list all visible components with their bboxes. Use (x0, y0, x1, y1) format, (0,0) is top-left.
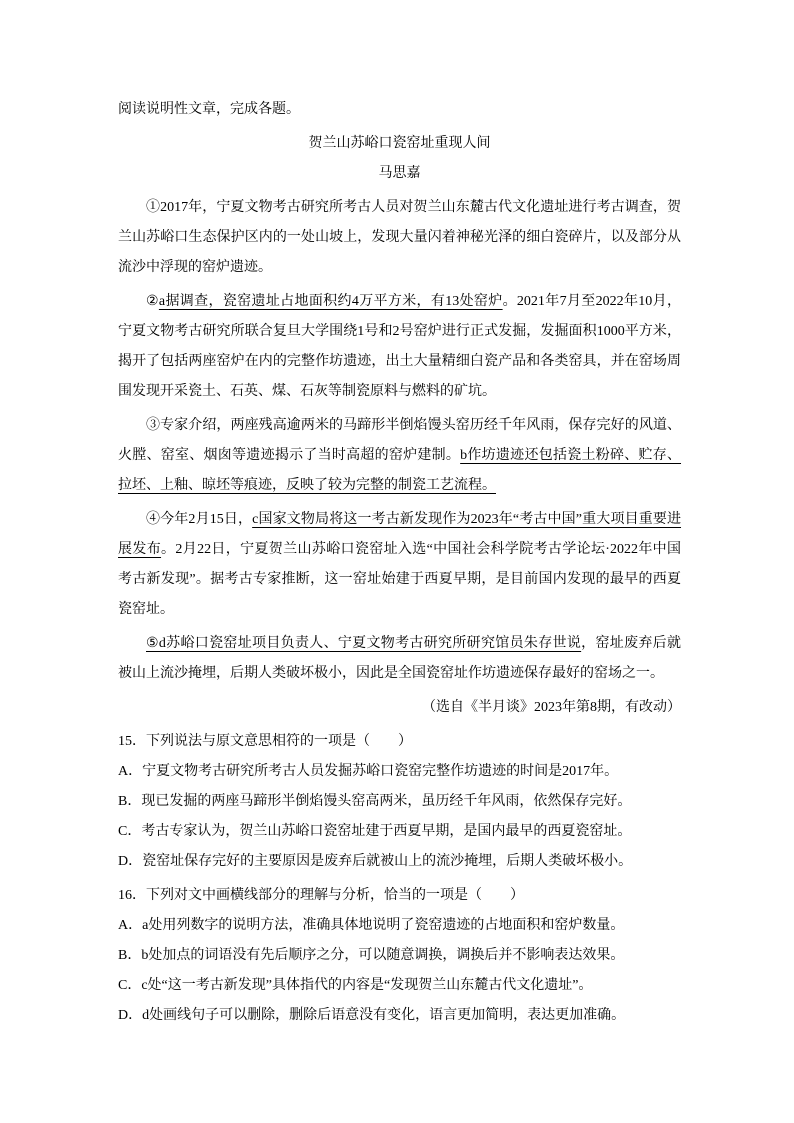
intro-instruction: 阅读说明性文章，完成各题。 (118, 95, 681, 125)
underlined-passage: a据调查，瓷窑遗址占地面积约4万平方米，有13处窑炉 (159, 294, 503, 309)
source-attribution: （选自《半月谈》2023年第8期，有改动） (118, 693, 681, 723)
document-page: 阅读说明性文章，完成各题。 贺兰山苏峪口瓷窑址重现人间 马思嘉 ①2017年，宁… (0, 0, 794, 1123)
paragraph-4: ④今年2月15日，c国家文物局将这一考古新发现作为2023年“考古中国”重大项目… (118, 505, 681, 625)
text-segment: ② (146, 294, 159, 309)
question-16-option-B: B．b处加点的词语没有先后顺序之分，可以随意调换，调换后并不影响表达效果。 (118, 941, 681, 971)
underlined-passage: ⑤d苏峪口瓷窑址项目负责人、宁夏文物考古研究所研究馆员朱存世说 (146, 636, 581, 651)
text-segment: 。2021年7月至2022年10月，宁夏文物考古研究所联合复旦大学围绕1号和2号… (118, 294, 681, 399)
article-body: ①2017年，宁夏文物考古研究所考古人员对贺兰山东麓古代文化遗址进行考古调查，贺… (118, 193, 681, 689)
article-title: 贺兰山苏峪口瓷窑址重现人间 (118, 129, 681, 159)
question-15-block: 15．下列说法与原文意思相符的一项是（ ） A．宁夏文物考古研究所考古人员发掘苏… (118, 727, 681, 877)
question-16-option-D: D．d处画线句子可以删除，删除后语意没有变化，语言更加简明，表达更加准确。 (118, 1001, 681, 1031)
question-15-option-B: B．现已发掘的两座马蹄形半倒焰馒头窑高两米，虽历经千年风雨，依然保存完好。 (118, 787, 681, 817)
paragraph-3: ③专家介绍，两座残高逾两米的马蹄形半倒焰馒头窑历经千年风雨，保存完好的风道、火膛… (118, 411, 681, 501)
question-15-options: A．宁夏文物考古研究所考古人员发掘苏峪口瓷窑完整作坊遗迹的时间是2017年。B．… (118, 757, 681, 877)
question-16-option-A: A．a处用列数字的说明方法，准确具体地说明了瓷窑遗迹的占地面积和窑炉数量。 (118, 911, 681, 941)
text-segment: ①2017年，宁夏文物考古研究所考古人员对贺兰山东麓古代文化遗址进行考古调查，贺… (118, 200, 681, 275)
paragraph-1: ①2017年，宁夏文物考古研究所考古人员对贺兰山东麓古代文化遗址进行考古调查，贺… (118, 193, 681, 283)
question-15-option-D: D．瓷窑址保存完好的主要原因是废弃后就被山上的流沙掩埋，后期人类破坏极小。 (118, 847, 681, 877)
question-16-option-C: C．c处“这一考古新发现”具体指代的内容是“发现贺兰山东麓古代文化遗址”。 (118, 971, 681, 1001)
text-segment: 。2月22日，宁夏贺兰山苏峪口瓷窑址入选“中国社会科学院考古学论坛·2022年中… (118, 542, 681, 617)
question-15-option-C: C．考古专家认为，贺兰山苏峪口瓷窑址建于西夏早期，是国内最早的西夏瓷窑址。 (118, 817, 681, 847)
question-16-options: A．a处用列数字的说明方法，准确具体地说明了瓷窑遗迹的占地面积和窑炉数量。B．b… (118, 911, 681, 1031)
article-author: 马思嘉 (118, 159, 681, 189)
question-15-option-A: A．宁夏文物考古研究所考古人员发掘苏峪口瓷窑完整作坊遗迹的时间是2017年。 (118, 757, 681, 787)
question-16-stem: 16．下列对文中画横线部分的理解与分析，恰当的一项是（ ） (118, 881, 681, 911)
text-segment: ④今年2月15日， (146, 512, 252, 527)
question-15-stem: 15．下列说法与原文意思相符的一项是（ ） (118, 727, 681, 757)
paragraph-5: ⑤d苏峪口瓷窑址项目负责人、宁夏文物考古研究所研究馆员朱存世说，窑址废弃后就被山… (118, 629, 681, 689)
question-16-block: 16．下列对文中画横线部分的理解与分析，恰当的一项是（ ） A．a处用列数字的说… (118, 881, 681, 1031)
paragraph-2: ②a据调查，瓷窑遗址占地面积约4万平方米，有13处窑炉。2021年7月至2022… (118, 287, 681, 407)
